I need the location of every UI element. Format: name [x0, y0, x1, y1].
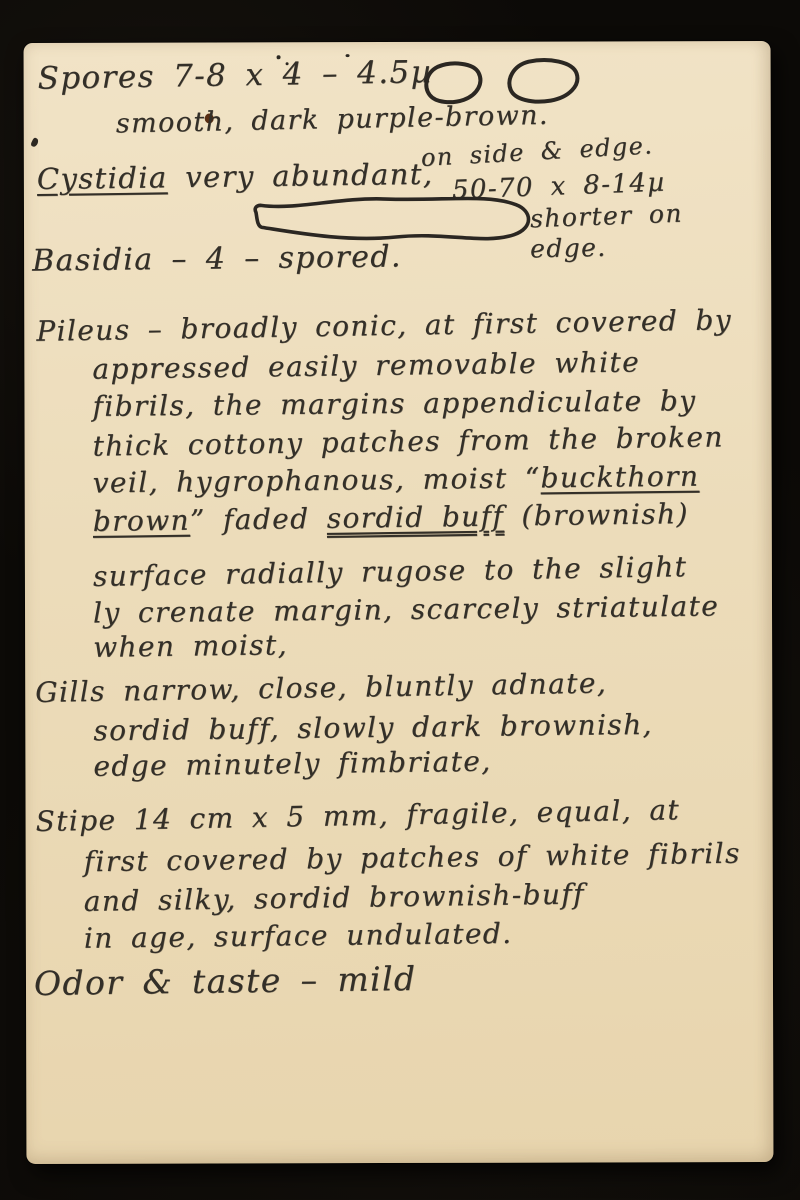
ink-speck [30, 137, 39, 148]
stipe-line-3: and silky, sordid brownish-buff [84, 880, 585, 915]
handwritten-note-card: Spores 7-8 x 4 – 4.5µ smooth, dark purpl… [24, 41, 774, 1164]
cystidia-rest: very abundant, [167, 157, 433, 194]
pileus-line-6-paren: (brownish) [504, 497, 689, 532]
gills-line-2: sordid buff, slowly dark brownish, [93, 711, 653, 745]
pileus-line-4: thick cottony patches from the broken [92, 423, 724, 460]
pileus-line-7: surface radially rugose to the slight [93, 553, 688, 591]
color-term-brown: brown [93, 504, 191, 538]
basidia-line: Basidia – 4 – spored. [32, 242, 402, 276]
spores-heading: Spores 7-8 x 4 – 4.5µ [37, 57, 432, 95]
odor-taste-line: Odor & taste – mild [34, 962, 417, 1000]
spores-description: smooth, dark purple-brown. [116, 102, 550, 138]
cystidia-term: Cystidia [37, 160, 168, 196]
stipe-line-2: first covered by patches of white fibril… [84, 840, 741, 877]
pileus-line-3: fibrils, the margins appendiculate by [92, 387, 696, 421]
stipe-line-4: in age, surface undulated. [84, 920, 513, 953]
cystidia-location-note: on side & edge. [420, 133, 653, 170]
color-term-sordid-buff: sordid buff [327, 500, 505, 535]
color-term-buckthorn: buckthorn [540, 460, 699, 495]
pileus-line-8: ly crenate margin, scarcely striatulate [93, 592, 719, 627]
gills-line-3: edge minutely fimbriate, [93, 748, 491, 781]
pileus-line-9: when moist, [93, 631, 288, 662]
gills-line-1: Gills narrow, close, bluntly adnate, [35, 669, 607, 706]
cystidia-side-note-1: shorter on [530, 201, 684, 232]
pileus-line-2: appressed easily removable white [92, 349, 640, 384]
stipe-line-1: Stipe 14 cm x 5 mm, fragile, equal, at [35, 796, 680, 836]
pileus-line-5-text: veil, hygrophanous, moist “ [93, 461, 541, 499]
spore-sketch-1 [422, 59, 484, 107]
pileus-line-5: veil, hygrophanous, moist “buckthorn [93, 463, 700, 498]
spore-sketch-2 [505, 56, 583, 106]
cystidia-line: Cystidia very abundant, [37, 160, 434, 194]
cystidia-side-note-2: edge. [530, 235, 607, 262]
pileus-line-1: Pileus – broadly conic, at first covered… [36, 306, 732, 346]
pileus-line-6: brown” faded sordid buff (brownish) [93, 500, 689, 536]
pileus-line-6-text: ” faded [190, 502, 327, 537]
